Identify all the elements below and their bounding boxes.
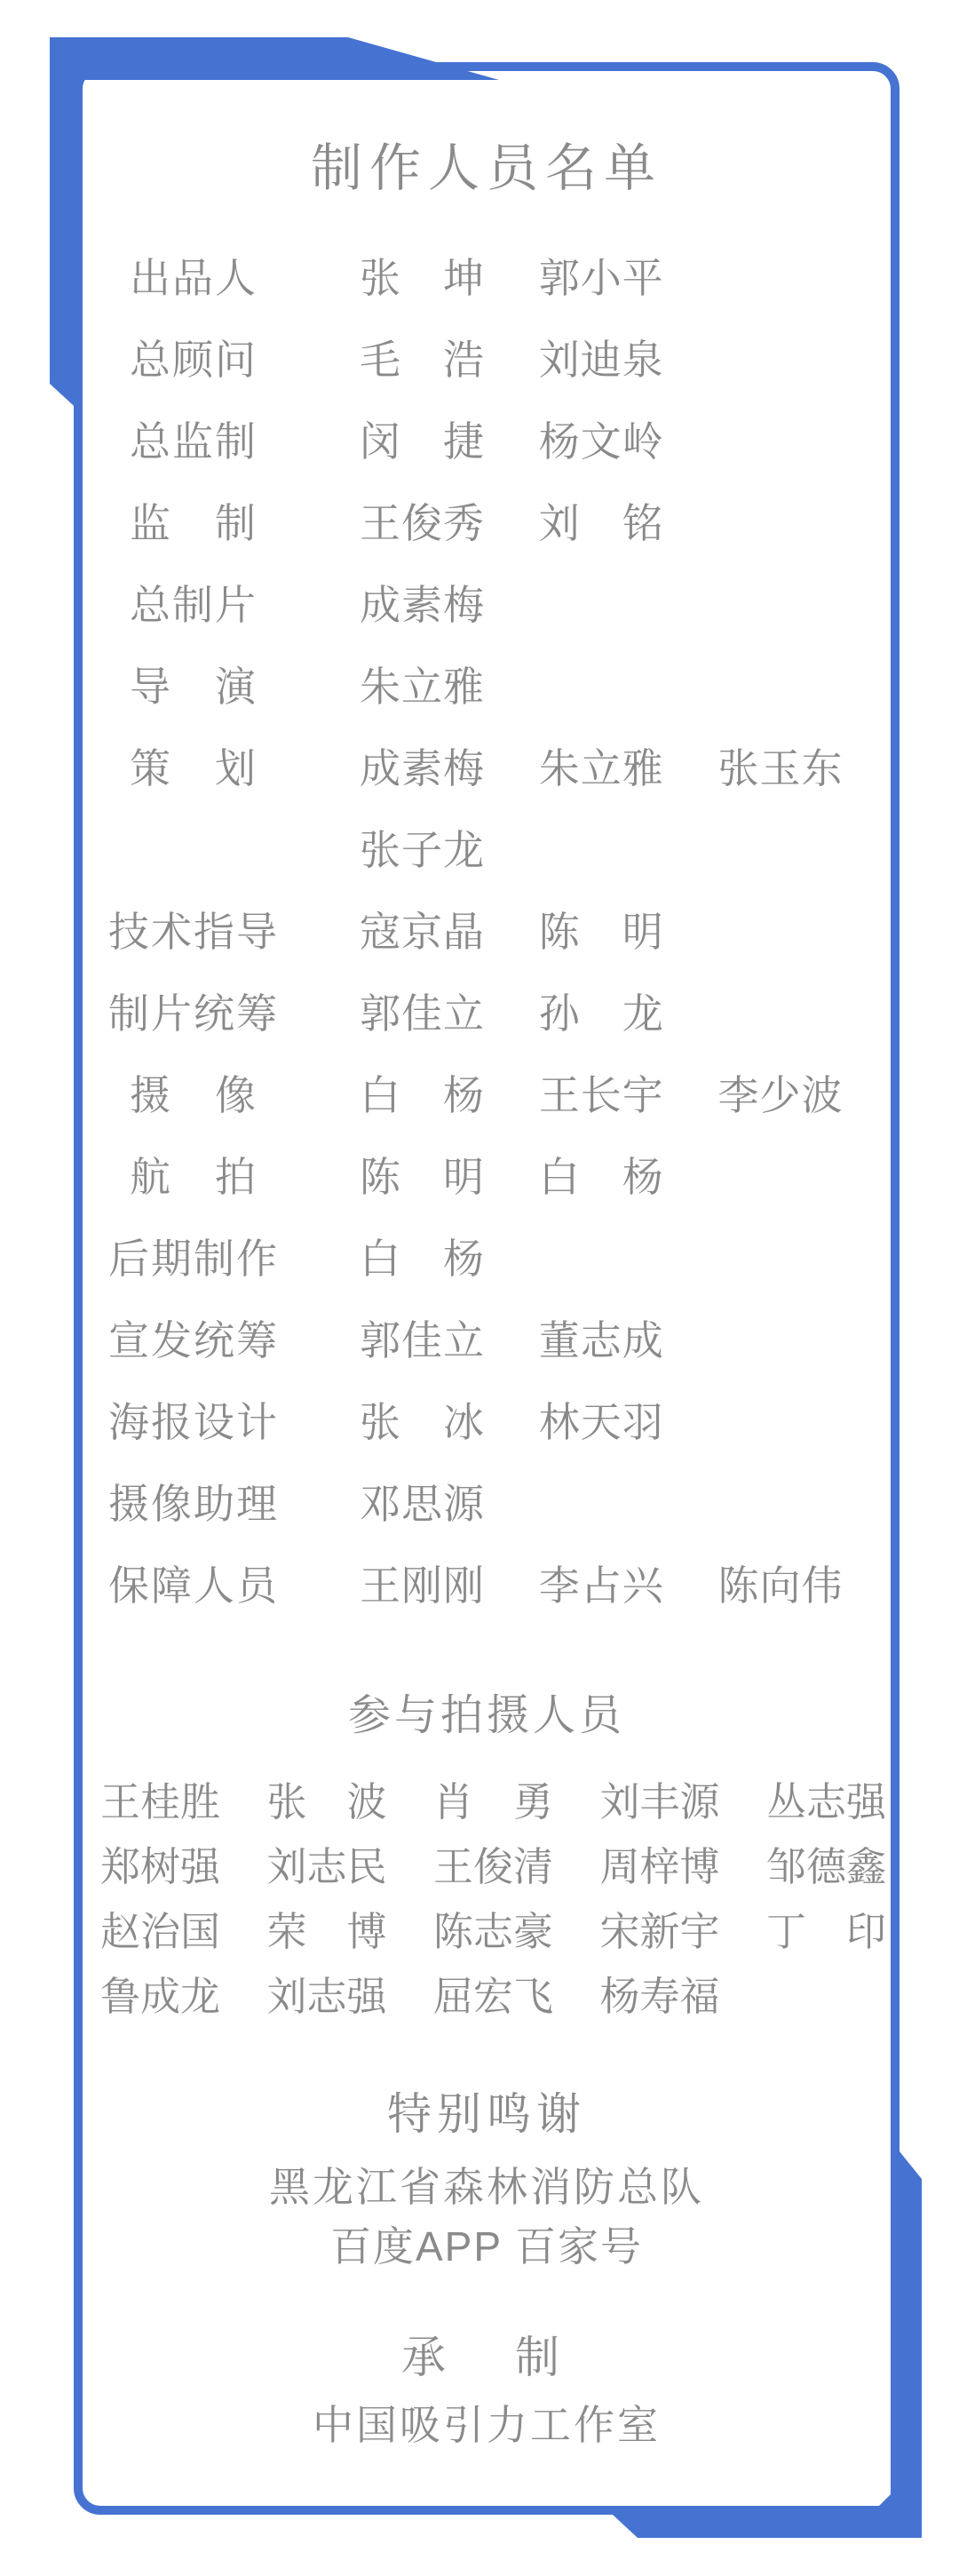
role-label: 摄像助理 bbox=[100, 1472, 287, 1530]
participant-name: 邹德鑫 bbox=[766, 1834, 891, 1892]
participant-name: 鲁成龙 bbox=[100, 1964, 225, 2022]
role-names: 张子龙 bbox=[360, 818, 485, 877]
role-label: 出品人 bbox=[100, 246, 287, 305]
role-names: 张 坤 郭小平 bbox=[360, 246, 664, 305]
participant-name: 刘丰源 bbox=[600, 1769, 725, 1827]
role-label: 策 划 bbox=[100, 736, 287, 795]
participant-name: 刘志强 bbox=[267, 1964, 392, 2022]
credit-row: 宣发统筹郭佳立 董志成 bbox=[100, 1297, 900, 1379]
role-names: 成素梅 bbox=[360, 573, 485, 632]
role-names: 郭佳立 孙 龙 bbox=[360, 982, 664, 1040]
participant-name: 丁 印 bbox=[766, 1899, 891, 1957]
participant-name: 刘志民 bbox=[267, 1834, 392, 1892]
participants-list: 王桂胜张 波肖 勇刘丰源丛志强郑树强刘志民王俊清周梓博邹德鑫赵治国荣 博陈志豪宋… bbox=[100, 1766, 891, 2025]
role-label: 导 演 bbox=[100, 655, 287, 713]
participant-name: 杨寿福 bbox=[600, 1964, 725, 2022]
credits-list: 出品人张 坤 郭小平总顾问毛 浩 刘迪泉总监制闵 捷 杨文岭监 制王俊秀 刘 铭… bbox=[100, 235, 900, 1624]
role-names: 朱立雅 bbox=[360, 655, 485, 713]
role-names: 白 杨 bbox=[360, 1227, 485, 1285]
credit-row: 总制片成素梅 bbox=[100, 561, 900, 643]
participant-row: 鲁成龙刘志强屈宏飞杨寿福 bbox=[100, 1960, 891, 2025]
participant-name: 陈志豪 bbox=[433, 1899, 558, 1957]
credit-row: 监 制王俊秀 刘 铭 bbox=[100, 480, 900, 561]
participant-row: 赵治国荣 博陈志豪宋新宇丁 印 bbox=[100, 1896, 891, 1960]
credit-row: 张子龙 bbox=[100, 807, 900, 888]
credit-row: 技术指导寇京晶 陈 明 bbox=[100, 888, 900, 970]
credit-row: 制片统筹郭佳立 孙 龙 bbox=[100, 970, 900, 1052]
role-label: 技术指导 bbox=[100, 900, 287, 958]
role-names: 闵 捷 杨文岭 bbox=[360, 409, 664, 468]
role-label: 宣发统筹 bbox=[100, 1308, 287, 1367]
credit-row: 航 拍陈 明 白 杨 bbox=[100, 1133, 900, 1215]
role-names: 张 冰 林天羽 bbox=[360, 1390, 664, 1449]
special-thanks-title: 特别鸣谢 bbox=[83, 2079, 891, 2143]
role-names: 郭佳立 董志成 bbox=[360, 1308, 664, 1367]
role-names: 毛 浩 刘迪泉 bbox=[360, 328, 664, 386]
participant-row: 郑树强刘志民王俊清周梓博邹德鑫 bbox=[100, 1831, 891, 1896]
role-names: 邓思源 bbox=[360, 1472, 485, 1530]
role-label: 摄 像 bbox=[100, 1063, 287, 1122]
credit-row: 总顾问毛 浩 刘迪泉 bbox=[100, 316, 900, 398]
special-thanks-line: 百度APP 百家号 bbox=[83, 2214, 891, 2273]
role-label: 海报设计 bbox=[100, 1390, 287, 1449]
participant-name: 王俊清 bbox=[433, 1834, 558, 1892]
role-names: 寇京晶 陈 明 bbox=[360, 900, 664, 958]
credit-row: 策 划成素梅 朱立雅 张玉东 bbox=[100, 725, 900, 807]
credit-row: 总监制闵 捷 杨文岭 bbox=[100, 398, 900, 480]
special-thanks-line: 黑龙江省森林消防总队 bbox=[83, 2155, 891, 2214]
participant-name: 王桂胜 bbox=[100, 1769, 225, 1827]
role-label: 制片统筹 bbox=[100, 982, 287, 1040]
participant-name: 屈宏飞 bbox=[433, 1964, 558, 2022]
role-label: 总监制 bbox=[100, 409, 287, 468]
role-names: 陈 明 白 杨 bbox=[360, 1145, 664, 1204]
participant-name: 赵治国 bbox=[100, 1899, 225, 1957]
role-names: 王刚刚 李占兴 陈向伟 bbox=[360, 1554, 844, 1612]
participant-name: 张 波 bbox=[267, 1769, 392, 1827]
production-title: 承 制 bbox=[83, 2322, 891, 2386]
page-title: 制作人员名单 bbox=[83, 126, 891, 201]
role-names: 白 杨 王长宇 李少波 bbox=[360, 1063, 844, 1122]
participant-row: 王桂胜张 波肖 勇刘丰源丛志强 bbox=[100, 1766, 891, 1831]
role-label: 总顾问 bbox=[100, 328, 287, 386]
participant-name: 肖 勇 bbox=[433, 1769, 558, 1827]
credits-poster: 制作人员名单 出品人张 坤 郭小平总顾问毛 浩 刘迪泉总监制闵 捷 杨文岭监 制… bbox=[0, 0, 959, 2576]
credit-row: 导 演朱立雅 bbox=[100, 643, 900, 725]
role-label: 后期制作 bbox=[100, 1227, 287, 1285]
production-line: 中国吸引力工作室 bbox=[83, 2393, 891, 2452]
credit-row: 出品人张 坤 郭小平 bbox=[100, 235, 900, 316]
credit-row: 保障人员王刚刚 李占兴 陈向伟 bbox=[100, 1542, 900, 1624]
credit-row: 海报设计张 冰 林天羽 bbox=[100, 1379, 900, 1460]
role-label: 总制片 bbox=[100, 573, 287, 632]
participant-name: 周梓博 bbox=[600, 1834, 725, 1892]
participant-name: 荣 博 bbox=[267, 1899, 392, 1957]
credit-row: 摄 像白 杨 王长宇 李少波 bbox=[100, 1052, 900, 1133]
role-names: 成素梅 朱立雅 张玉东 bbox=[360, 736, 844, 795]
role-names: 王俊秀 刘 铭 bbox=[360, 491, 664, 550]
role-label: 监 制 bbox=[100, 491, 287, 550]
participant-name: 宋新宇 bbox=[600, 1899, 725, 1957]
credit-row: 后期制作白 杨 bbox=[100, 1215, 900, 1297]
role-label: 航 拍 bbox=[100, 1145, 287, 1204]
participants-section-title: 参与拍摄人员 bbox=[83, 1681, 891, 1742]
credit-row: 摄像助理邓思源 bbox=[100, 1460, 900, 1542]
participant-name: 郑树强 bbox=[100, 1834, 225, 1892]
participant-name: 丛志强 bbox=[766, 1769, 891, 1827]
role-label: 保障人员 bbox=[100, 1554, 287, 1612]
